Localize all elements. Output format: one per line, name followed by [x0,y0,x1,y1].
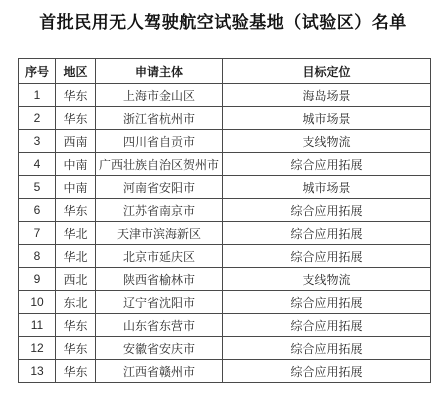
table-row: 5中南河南省安阳市城市场景 [19,176,431,199]
applicant-cell: 广西壮族自治区贺州市 [96,153,223,176]
row-number-cell: 7 [19,222,56,245]
applicant-cell: 江西省赣州市 [96,360,223,383]
table-row: 10东北辽宁省沈阳市综合应用拓展 [19,291,431,314]
region-cell: 中南 [56,153,96,176]
target-cell: 支线物流 [223,130,431,153]
applicant-cell: 浙江省杭州市 [96,107,223,130]
target-cell: 综合应用拓展 [223,199,431,222]
region-cell: 华东 [56,337,96,360]
target-cell: 综合应用拓展 [223,153,431,176]
row-number-cell: 6 [19,199,56,222]
applicant-cell: 四川省自贡市 [96,130,223,153]
column-header-applicant: 申请主体 [96,59,223,84]
target-cell: 综合应用拓展 [223,360,431,383]
region-cell: 华东 [56,107,96,130]
region-cell: 华东 [56,84,96,107]
row-number-cell: 11 [19,314,56,337]
row-number-cell: 4 [19,153,56,176]
region-cell: 华北 [56,222,96,245]
row-number-cell: 3 [19,130,56,153]
region-cell: 华东 [56,314,96,337]
target-cell: 综合应用拓展 [223,245,431,268]
table-row: 11华东山东省东营市综合应用拓展 [19,314,431,337]
applicant-cell: 天津市滨海新区 [96,222,223,245]
table-row: 4中南广西壮族自治区贺州市综合应用拓展 [19,153,431,176]
target-cell: 综合应用拓展 [223,337,431,360]
table-row: 3西南四川省自贡市支线物流 [19,130,431,153]
row-number-cell: 10 [19,291,56,314]
target-cell: 综合应用拓展 [223,222,431,245]
region-cell: 华东 [56,199,96,222]
region-cell: 中南 [56,176,96,199]
row-number-cell: 1 [19,84,56,107]
row-number-cell: 8 [19,245,56,268]
page-title: 首批民用无人驾驶航空试验基地（试验区）名单 [0,0,446,33]
region-cell: 西南 [56,130,96,153]
table-row: 7华北天津市滨海新区综合应用拓展 [19,222,431,245]
applicant-cell: 陕西省榆林市 [96,268,223,291]
applicant-cell: 上海市金山区 [96,84,223,107]
target-cell: 支线物流 [223,268,431,291]
table-row: 8华北北京市延庆区综合应用拓展 [19,245,431,268]
region-cell: 华东 [56,360,96,383]
applicant-cell: 山东省东营市 [96,314,223,337]
column-header-target: 目标定位 [223,59,431,84]
row-number-cell: 2 [19,107,56,130]
row-number-cell: 13 [19,360,56,383]
table-body: 1华东上海市金山区海岛场景2华东浙江省杭州市城市场景3西南四川省自贡市支线物流4… [19,84,431,383]
table-row: 2华东浙江省杭州市城市场景 [19,107,431,130]
target-cell: 海岛场景 [223,84,431,107]
row-number-cell: 5 [19,176,56,199]
column-header-seq: 序号 [19,59,56,84]
table-row: 12华东安徽省安庆市综合应用拓展 [19,337,431,360]
applicant-cell: 北京市延庆区 [96,245,223,268]
table-row: 6华东江苏省南京市综合应用拓展 [19,199,431,222]
target-cell: 城市场景 [223,176,431,199]
table-header-row: 序号 地区 申请主体 目标定位 [19,59,431,84]
applicant-cell: 江苏省南京市 [96,199,223,222]
region-cell: 西北 [56,268,96,291]
column-header-region: 地区 [56,59,96,84]
target-cell: 城市场景 [223,107,431,130]
table-row: 1华东上海市金山区海岛场景 [19,84,431,107]
applicant-cell: 辽宁省沈阳市 [96,291,223,314]
region-cell: 东北 [56,291,96,314]
row-number-cell: 9 [19,268,56,291]
applicant-cell: 安徽省安庆市 [96,337,223,360]
table-row: 9西北陕西省榆林市支线物流 [19,268,431,291]
target-cell: 综合应用拓展 [223,291,431,314]
region-cell: 华北 [56,245,96,268]
test-base-table: 序号 地区 申请主体 目标定位 1华东上海市金山区海岛场景2华东浙江省杭州市城市… [18,58,431,383]
table-row: 13华东江西省赣州市综合应用拓展 [19,360,431,383]
row-number-cell: 12 [19,337,56,360]
applicant-cell: 河南省安阳市 [96,176,223,199]
target-cell: 综合应用拓展 [223,314,431,337]
